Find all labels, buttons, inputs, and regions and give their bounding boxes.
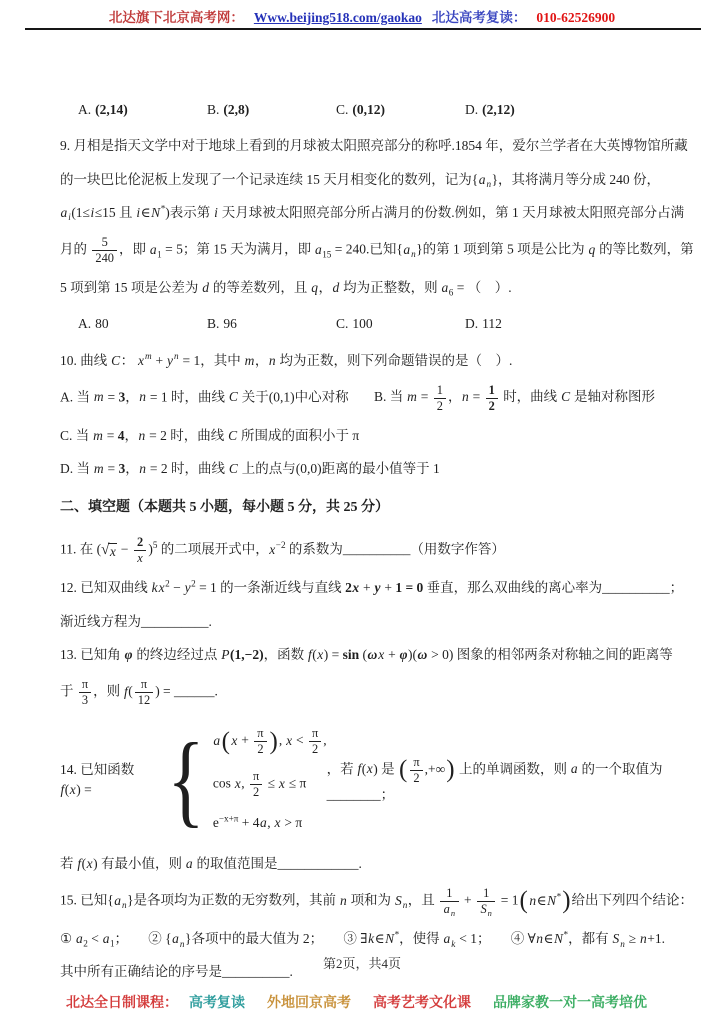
- q15-line-1: 15. 已知{an}是各项均为正数的无穷数列，其前 n 项和为 Sn，且 1an…: [60, 887, 684, 916]
- exam-page: 北达旗下北京高考网：Www.beijing518.com/gaokao北达高考复…: [0, 0, 724, 1024]
- q14-after: 若 f(x) 有最小值，则 a 的取值范围是____________.: [60, 854, 684, 874]
- section-2-title: 二、填空题（本题共 5 小题，每小题 5 分，共 25 分）: [60, 497, 684, 518]
- q14-row-1: a(x + π2), x < π2,: [213, 727, 327, 756]
- q13-line-2: 于 π3，则 f(π12) = ______.: [60, 678, 684, 707]
- footer-course-2: 外地回京高考: [267, 996, 351, 1011]
- q8-option-c: C.(0,12): [336, 100, 465, 120]
- q10-option-a: A. 当 m = 3，n = 1 时，曲线 C 关于(0,1)中心对称: [60, 389, 349, 404]
- q14-row-3: e−x+π + 4a, x > π: [213, 813, 327, 833]
- page-number: 第2页，共4页: [0, 953, 724, 972]
- footer-course-4: 品牌家教一对一高考培优: [493, 996, 647, 1011]
- q10-stem: 10. 曲线 C： xm + yn = 1，其中 m，n 均为正数，则下列命题错…: [60, 351, 684, 371]
- q14-tail: ，若 f(x) 是 (π2,+∞) 上的单调函数，则 a 的一个取值为_____…: [327, 756, 684, 805]
- q10-option-c: C. 当 m = 4，n = 2 时，曲线 C 所围成的面积小于 π: [60, 426, 684, 446]
- q8-option-b: B.(2,8): [207, 100, 336, 120]
- header-fudu-label: 北达高考复读：: [432, 10, 527, 25]
- exam-content: A.(2,14) B.(2,8) C.(0,12) D.(2,12) 9. 月相…: [60, 84, 684, 995]
- header-divider: [25, 28, 701, 30]
- q9-options-row: A.80 B.96 C.100 D.112: [60, 314, 684, 334]
- q14-piecewise: a(x + π2), x < π2, cos x, π2 ≤ x ≤ π e−x…: [213, 720, 327, 840]
- q8-option-d: D.(2,12): [465, 100, 515, 120]
- footer-course-1: 高考复读: [189, 996, 245, 1011]
- q15-line-2: ① a2 < a1； ② {an}各项中的最大值为 2； ③ ∃k∈N*，使得 …: [60, 929, 684, 949]
- page-header: 北达旗下北京高考网：Www.beijing518.com/gaokao北达高考复…: [0, 6, 724, 26]
- footer-course-label: 北达全日制课程：: [66, 996, 178, 1011]
- header-phone: 010-62526900: [536, 10, 615, 25]
- q9-option-b: B.96: [207, 314, 336, 334]
- q12-line-2: 渐近线方程为__________.: [60, 612, 684, 632]
- q8-option-a: A.(2,14): [78, 100, 207, 120]
- q9-option-d: D.112: [465, 314, 502, 334]
- q9-line-4: 月的 5240，即 a1 = 5；第 15 天为满月，即 a15 = 240.已…: [60, 236, 684, 265]
- q8-options-row: A.(2,14) B.(2,8) C.(0,12) D.(2,12): [60, 100, 684, 120]
- q10-options-ab: A. 当 m = 3，n = 1 时，曲线 C 关于(0,1)中心对称 B. 当…: [60, 384, 684, 413]
- header-site-url-link[interactable]: Www.beijing518.com/gaokao: [254, 10, 422, 25]
- footer-course-3: 高考艺考文化课: [373, 996, 471, 1011]
- q9-line-2: 的一块巴比伦泥板上发现了一个记录连续 15 天月相变化的数列，记为{an}，其将…: [60, 170, 684, 190]
- q9-line-5: 5 项到第 15 项是公差为 d 的等差数列，且 q，d 均为正整数，则 a6 …: [60, 278, 684, 298]
- q12-line-1: 12. 已知双曲线 kx2 − y2 = 1 的一条渐近线与直线 2x + y …: [60, 578, 684, 598]
- q9-option-c: C.100: [336, 314, 465, 334]
- q10-option-d: D. 当 m = 3，n = 2 时，曲线 C 上的点与(0,0)距离的最小值等…: [60, 459, 684, 479]
- q14-row-2: cos x, π2 ≤ x ≤ π: [213, 770, 327, 799]
- footer-courses: 北达全日制课程：高考复读外地回京高考高考艺考文化课品牌家教一对一高考培优: [0, 992, 724, 1012]
- q10-option-b: B. 当 m = 12，n = 12 时，曲线 C 是轴对称图形: [374, 389, 655, 404]
- q14-brace: {: [167, 736, 204, 824]
- q14-lead: 14. 已知函数 f(x) =: [60, 760, 157, 801]
- q9-line-1: 9. 月相是指天文学中对于地球上看到的月球被太阳照亮部分的称呼.1854 年，爱…: [60, 136, 684, 156]
- q11-line: 11. 在 (√x − 2x)5 的二项展开式中，x−2 的系数为_______…: [60, 536, 684, 565]
- q9-line-3: ai(1≤i≤15 且 i∈N*)表示第 i 天月球被太阳照亮部分所占满月的份数…: [60, 203, 684, 223]
- question-14: 14. 已知函数 f(x) = { a(x + π2), x < π2, cos…: [60, 720, 684, 840]
- q9-option-a: A.80: [78, 314, 207, 334]
- q13-line-1: 13. 已知角 φ 的终边经过点 P(1,−2)，函数 f(x) = sin (…: [60, 645, 684, 665]
- header-site-label: 北达旗下北京高考网：: [109, 10, 244, 25]
